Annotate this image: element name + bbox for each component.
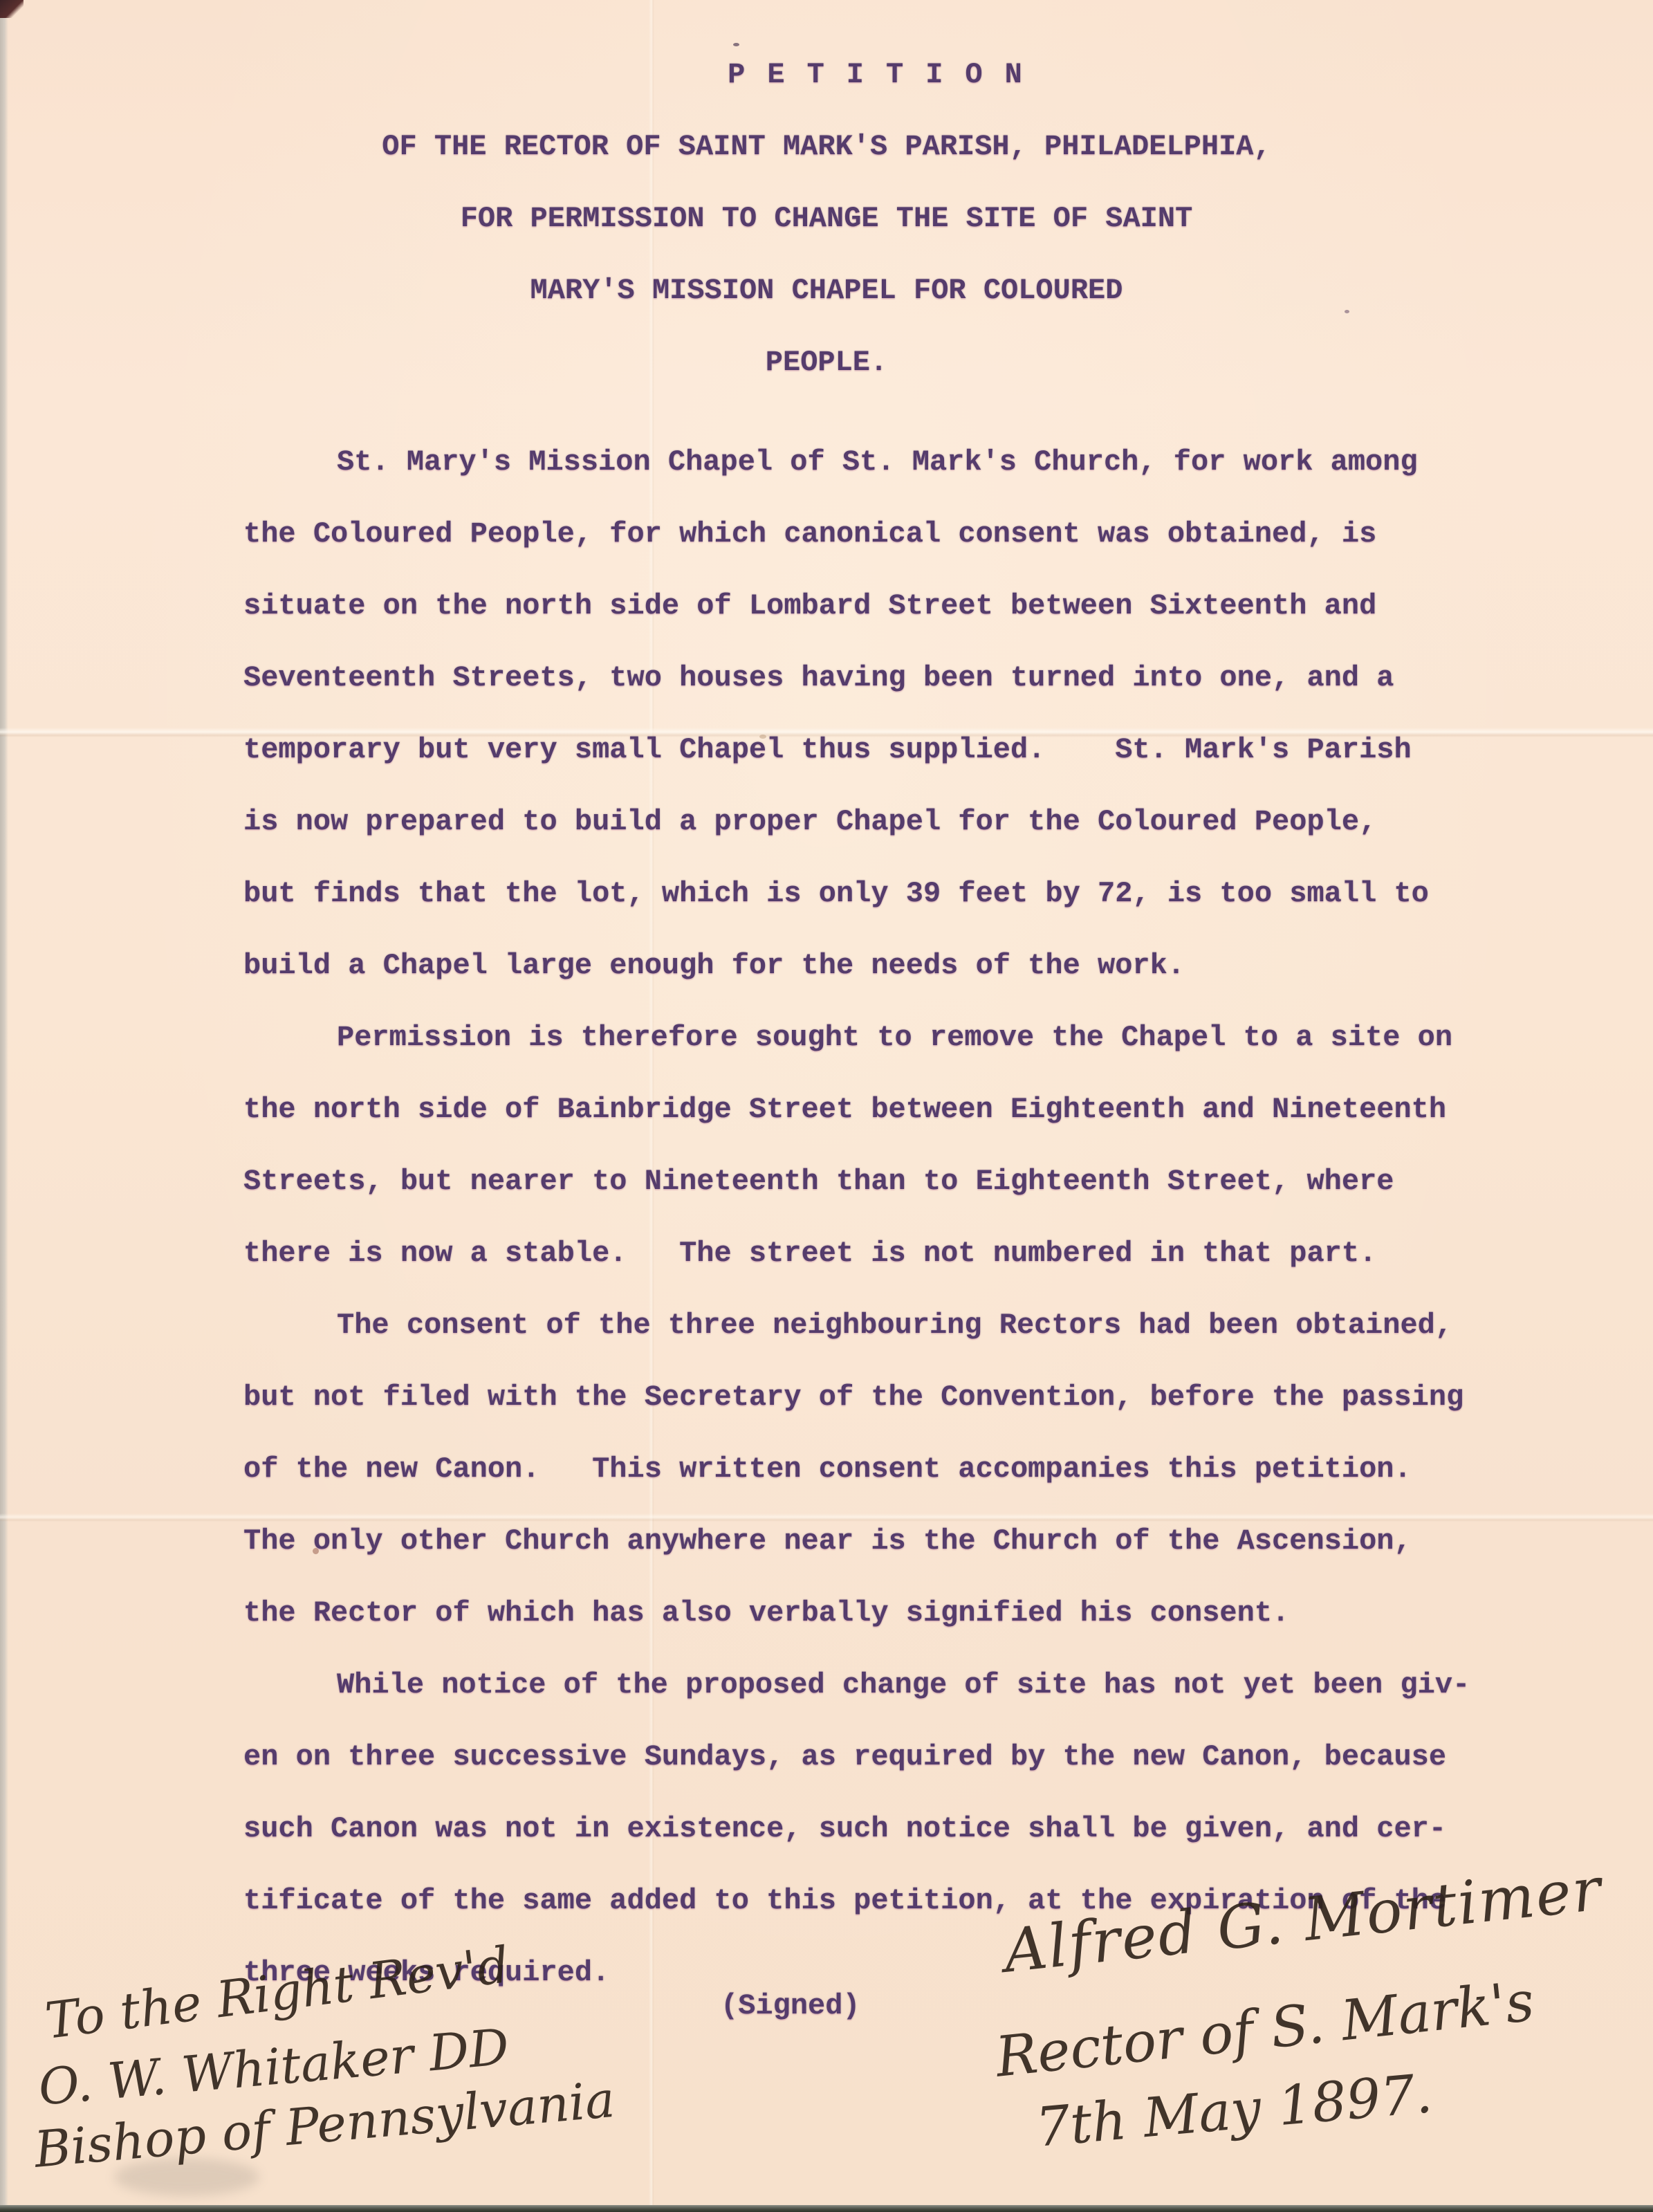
body-line: such Canon was not in existence, such no…	[243, 1793, 1558, 1865]
paper-speck	[1345, 310, 1349, 313]
heading-line: MARY'S MISSION CHAPEL FOR COLOURED	[0, 274, 1653, 307]
heading-line: PEOPLE.	[0, 346, 1653, 379]
scan-edge-left	[0, 0, 8, 2212]
heading-line: OF THE RECTOR OF SAINT MARK'S PARISH, PH…	[0, 130, 1653, 163]
petition-body: St. Mary's Mission Chapel of St. Mark's …	[243, 426, 1558, 2009]
body-line: situate on the north side of Lombard Str…	[243, 570, 1558, 642]
body-line: Streets, but nearer to Nineteenth than t…	[243, 1145, 1558, 1217]
body-line: of the new Canon. This written consent a…	[243, 1433, 1558, 1505]
body-line: en on three successive Sundays, as requi…	[243, 1721, 1558, 1793]
body-line: is now prepared to build a proper Chapel…	[243, 786, 1558, 858]
body-line: there is now a stable. The street is not…	[243, 1217, 1558, 1289]
scan-edge-bottom	[0, 2205, 1653, 2212]
body-line: the north side of Bainbridge Street betw…	[243, 1073, 1558, 1145]
scanned-petition-page: PETITION OF THE RECTOR OF SAINT MARK'S P…	[0, 0, 1653, 2212]
body-line: St. Mary's Mission Chapel of St. Mark's …	[243, 426, 1558, 498]
signed-label: (Signed)	[721, 1989, 860, 2022]
body-line: temporary but very small Chapel thus sup…	[243, 714, 1558, 786]
body-line: build a Chapel large enough for the need…	[243, 930, 1558, 1002]
paper-speck	[733, 43, 739, 46]
body-line: but finds that the lot, which is only 39…	[243, 858, 1558, 930]
body-line: but not filed with the Secretary of the …	[243, 1361, 1558, 1433]
body-line: the Coloured People, for which canonical…	[243, 498, 1558, 570]
petition-title: PETITION	[0, 58, 1653, 91]
body-line: The only other Church anywhere near is t…	[243, 1505, 1558, 1577]
body-line: The consent of the three neighbouring Re…	[243, 1289, 1558, 1361]
body-line: Permission is therefore sought to remove…	[243, 1002, 1558, 1073]
scan-corner-mark	[0, 0, 24, 18]
heading-line: FOR PERMISSION TO CHANGE THE SITE OF SAI…	[0, 202, 1653, 235]
body-line: Seventeenth Streets, two houses having b…	[243, 642, 1558, 714]
body-line: While notice of the proposed change of s…	[243, 1649, 1558, 1721]
body-line: the Rector of which has also verbally si…	[243, 1577, 1558, 1649]
